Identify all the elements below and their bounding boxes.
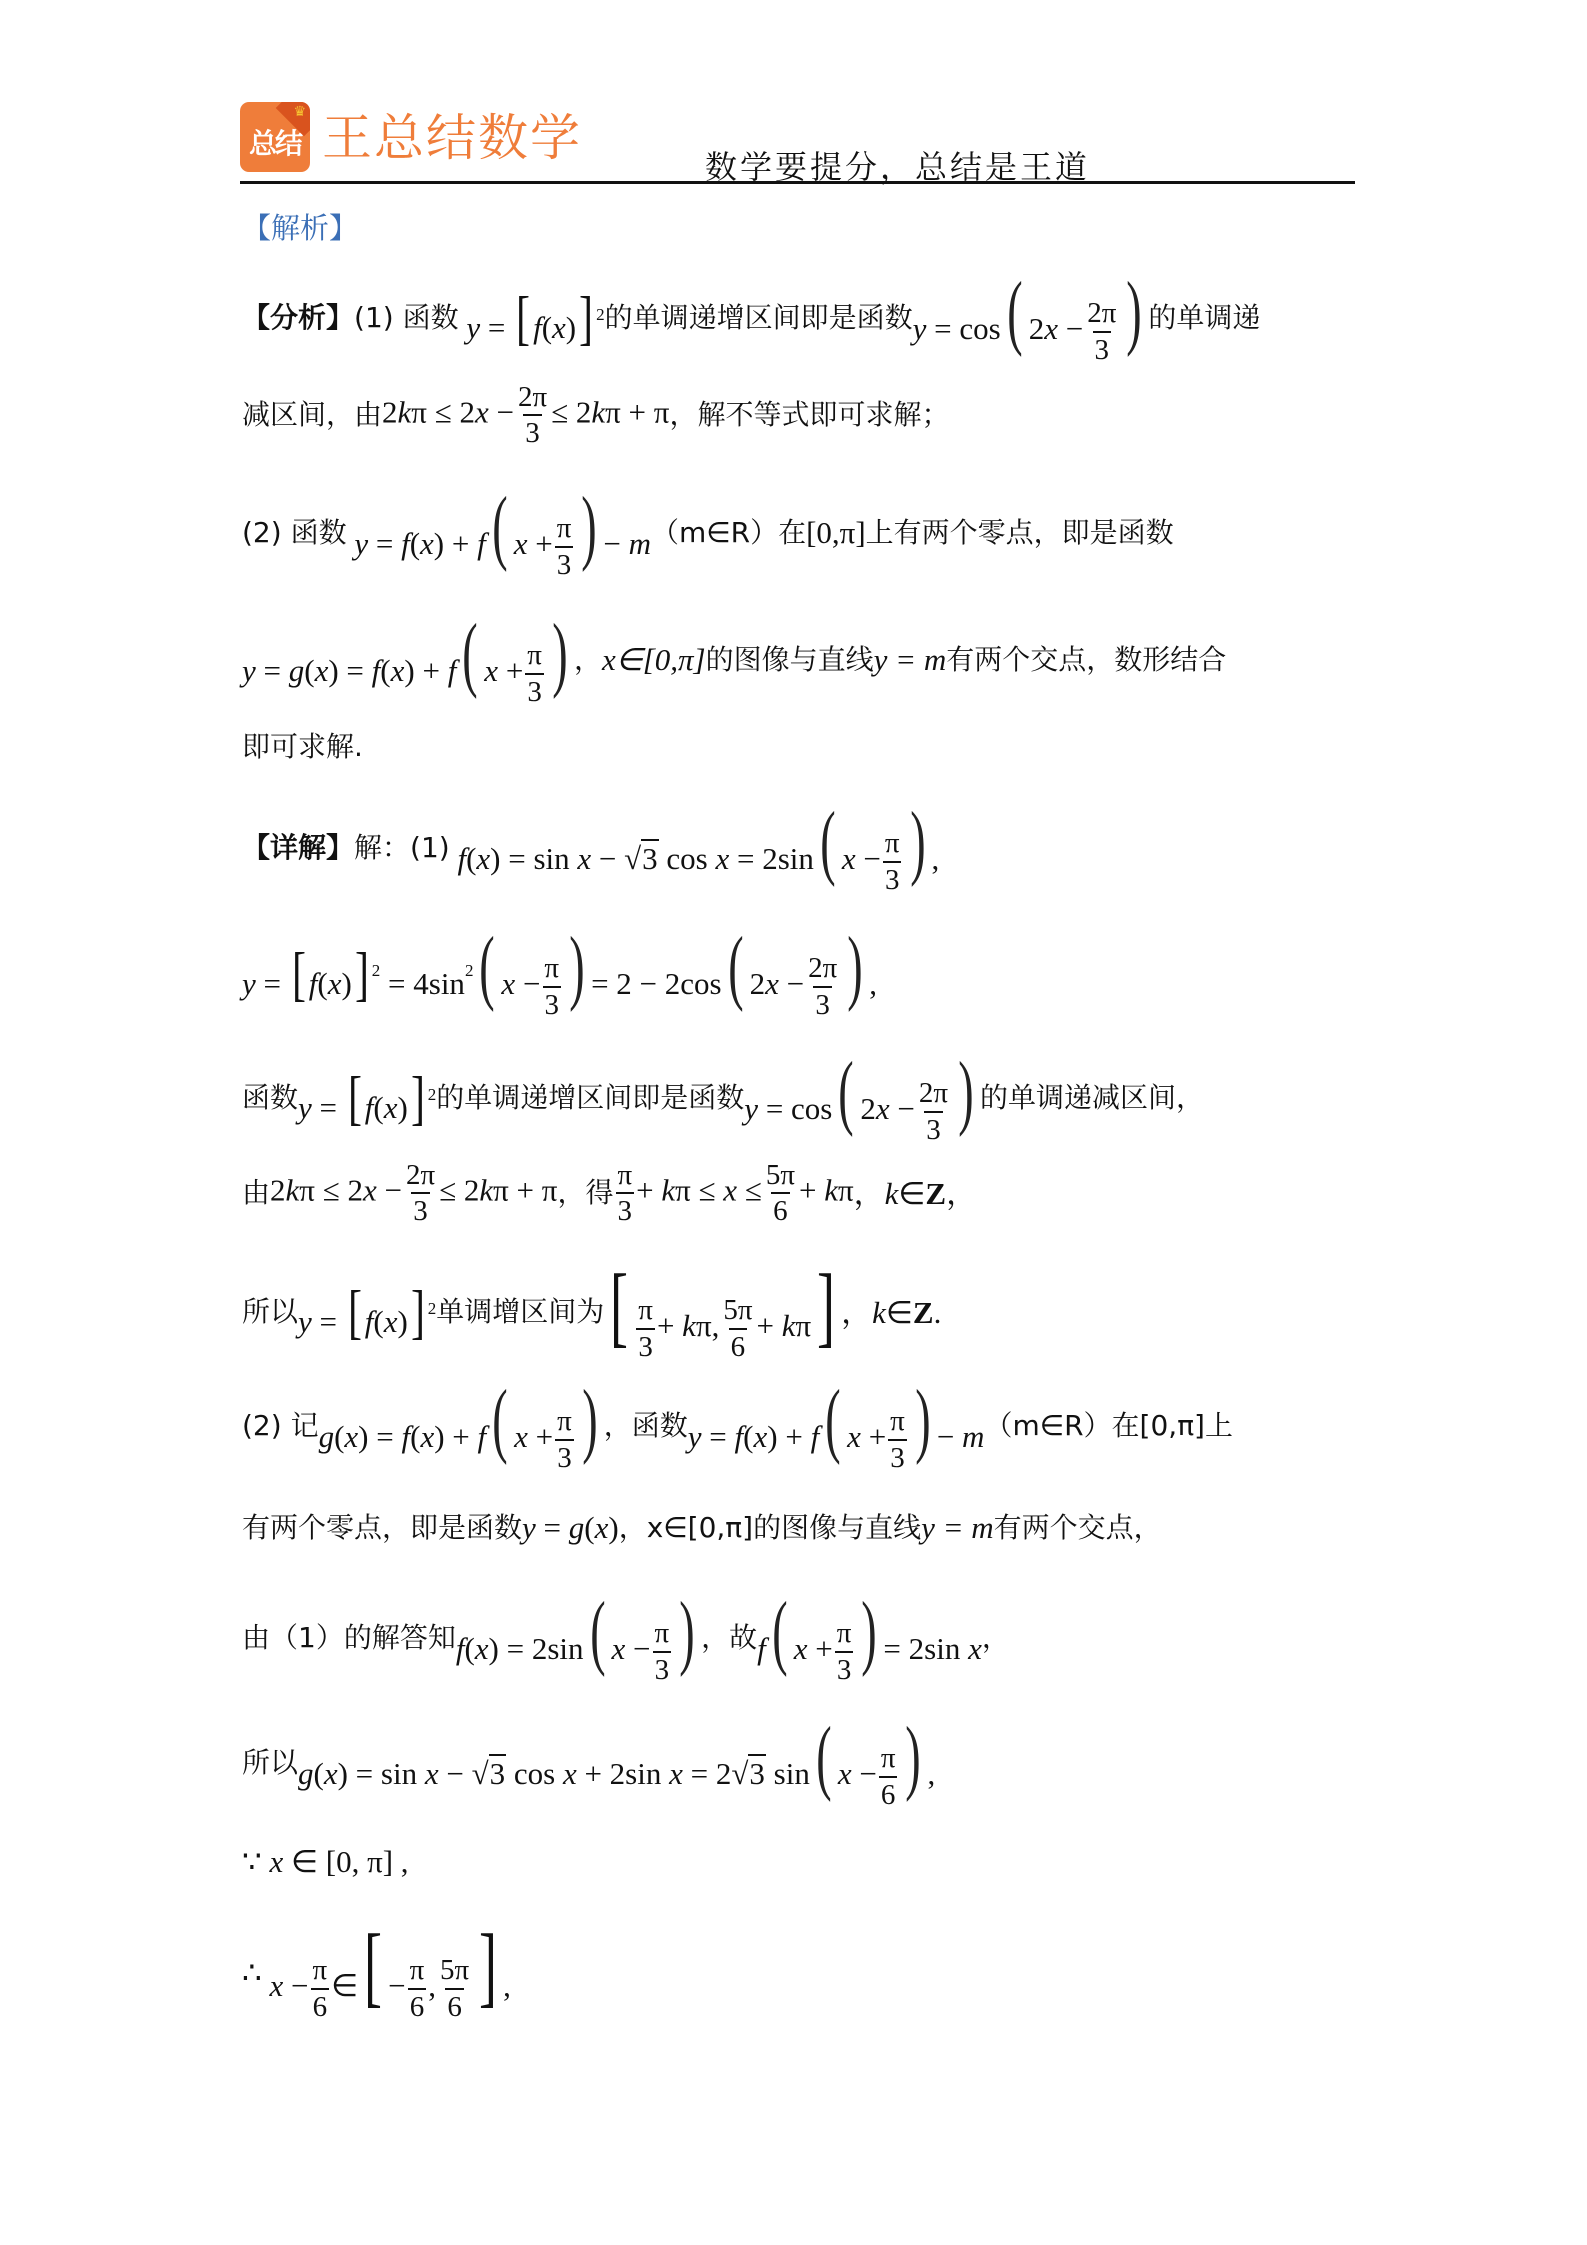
analysis-text: (1) 函数: [354, 304, 459, 332]
solution-line-4: 由 2kπ ≤ 2x −2π3≤ 2kπ + π ，得 π3+ kπ ≤ x ≤…: [242, 1160, 977, 1227]
analysis-text: ，: [574, 646, 602, 674]
formula: [π3+ kπ,5π6+ kπ]: [604, 1262, 841, 1362]
formula: f(x) = 2sin(x −π3): [456, 1590, 701, 1685]
page-header: ♛ 总结 王总结数学 数学要提分，总结是王道: [240, 100, 1355, 185]
solution-text: ，k∈Z，: [854, 1178, 977, 1209]
solution-text: 由: [242, 1179, 270, 1207]
header-divider: [240, 181, 1355, 184]
section-title: 【解析】: [242, 206, 358, 247]
solution-line-10: ∵ x ∈ [0, π] ,: [242, 1846, 409, 1877]
analysis-line-2: 减区间，由 2kπ ≤ 2x −2π3≤ 2kπ + π ，解不等式即可求解；: [242, 382, 949, 449]
analysis-text: (2) 函数: [242, 519, 347, 547]
formula: y = m: [921, 1512, 994, 1543]
solution-text: ，x∈[0,π]的图像与直线: [619, 1514, 921, 1542]
analysis-text: 的单调递: [1148, 304, 1260, 332]
solution-line-8: 由（1）的解答知 f(x) = 2sin(x −π3) ，故 f(x +π3)=…: [242, 1590, 1010, 1685]
solution-text: （m∈R）在[0,π]上: [984, 1412, 1233, 1440]
formula: y = [f(x)]2: [298, 1068, 436, 1128]
domain: x∈[0,π]: [602, 644, 706, 675]
formula: y = [f(x)]2 = 4sin2(x −π3)= 2 − 2cos(2x …: [242, 925, 877, 1020]
formula: y = f(x) + f(x +π3)− m: [347, 485, 651, 580]
solution-text: 单调增区间为: [436, 1298, 604, 1326]
solution-line-6: (2) 记 g(x) = f(x) + f(x +π3) ，函数 y = f(x…: [242, 1378, 1233, 1473]
line-equation: y = m: [874, 644, 947, 675]
solution-text: ，函数: [604, 1412, 688, 1440]
analysis-text: 的单调递增区间即是函数: [605, 304, 913, 332]
solution-line-7: 有两个零点，即是函数 y = g(x) ，x∈[0,π]的图像与直线 y = m…: [242, 1512, 1162, 1543]
solution-text: 所以: [242, 1298, 298, 1326]
analysis-label: 【分析】: [242, 304, 354, 332]
solution-text: 有两个零点，即是函数: [242, 1514, 522, 1542]
formula: g(x) = f(x) + f(x +π3): [319, 1378, 604, 1473]
because-symbol: ∵: [242, 1846, 262, 1877]
analysis-line-4: y = g(x) = f(x) + f(x +π3) ， x∈[0,π] 的图像…: [242, 612, 1226, 707]
logo-badge: ♛ 总结: [240, 102, 310, 172]
formula: y = [f(x)]2: [459, 288, 605, 348]
solution-text: ，k∈Z.: [841, 1297, 941, 1328]
solution-line-11: ∴ x −π6∈[−π6,5π6],: [242, 1922, 511, 2022]
interval: [0,π]: [806, 517, 866, 548]
formula: f(x) = sin x − √3 cos x = 2sin(x −π3),: [450, 800, 940, 895]
formula: y = [f(x)]2: [298, 1282, 436, 1342]
analysis-text: 上有两个零点，即是函数: [866, 519, 1174, 547]
formula: 2kπ ≤ 2x −2π3≤ 2kπ + π: [382, 382, 669, 449]
analysis-line-5: 即可求解.: [242, 733, 363, 761]
therefore-symbol: ∴: [242, 1957, 262, 1988]
solution-line-2: y = [f(x)]2 = 4sin2(x −π3)= 2 − 2cos(2x …: [242, 925, 877, 1020]
formula: x −π6∈[−π6,5π6],: [262, 1922, 511, 2022]
solution-line-5: 所以 y = [f(x)]2 单调增区间为 [π3+ kπ,5π6+ kπ] ，…: [242, 1262, 941, 1362]
solution-text: 函数: [242, 1084, 298, 1112]
solution-text: ，: [982, 1624, 1010, 1652]
solution-line-3: 函数 y = [f(x)]2 的单调递增区间即是函数 y = cos(2x −2…: [242, 1050, 1204, 1145]
analysis-text: 减区间，由: [242, 401, 382, 429]
analysis-text: （m∈R）在: [651, 519, 806, 547]
formula: y = g(x): [522, 1512, 619, 1543]
solution-text: ，故: [701, 1624, 757, 1652]
formula: g(x) = sin x − √3 cos x + 2sin x = 2√3 s…: [298, 1715, 935, 1810]
formula: π3+ kπ ≤ x ≤5π6+ kπ: [613, 1160, 853, 1227]
analysis-line-3: (2) 函数 y = f(x) + f(x +π3)− m （m∈R）在 [0,…: [242, 485, 1174, 580]
brand-name: 王总结数学: [322, 108, 582, 168]
analysis-text: 的图像与直线: [706, 646, 874, 674]
formula: 2kπ ≤ 2x −2π3≤ 2kπ + π: [270, 1160, 557, 1227]
solution-text: 的单调递增区间即是函数: [436, 1084, 744, 1112]
formula: x ∈ [0, π] ,: [262, 1846, 409, 1877]
solution-text: ，得: [557, 1179, 613, 1207]
formula: y = g(x) = f(x) + f(x +π3): [242, 612, 574, 707]
analysis-line-1: 【分析】 (1) 函数 y = [f(x)]2 的单调递增区间即是函数 y = …: [242, 270, 1260, 365]
solution-text: 由（1）的解答知: [242, 1624, 456, 1652]
formula: y = cos(2x −2π3): [744, 1050, 980, 1145]
formula: f(x +π3)= 2sin x: [757, 1590, 982, 1685]
solution-line-1: 【详解】 解：(1) f(x) = sin x − √3 cos x = 2si…: [242, 800, 939, 895]
solution-text: (2) 记: [242, 1412, 319, 1440]
logo-badge-text: 总结: [240, 122, 310, 162]
solution-label: 【详解】: [242, 834, 354, 862]
analysis-text: 即可求解.: [242, 733, 363, 761]
formula: y = cos(2x −2π3): [913, 270, 1149, 365]
analysis-text: 有两个交点，数形结合: [946, 646, 1226, 674]
solution-text: 有两个交点，: [994, 1514, 1162, 1542]
crown-icon: ♛: [293, 104, 306, 120]
formula: y = f(x) + f(x +π3)− m: [688, 1378, 985, 1473]
solution-text: 所以: [242, 1749, 298, 1777]
analysis-text: ，解不等式即可求解；: [669, 401, 949, 429]
solution-text: 的单调递减区间，: [980, 1084, 1204, 1112]
solution-text: 解：(1): [354, 834, 450, 862]
solution-line-9: 所以 g(x) = sin x − √3 cos x + 2sin x = 2√…: [242, 1715, 935, 1810]
